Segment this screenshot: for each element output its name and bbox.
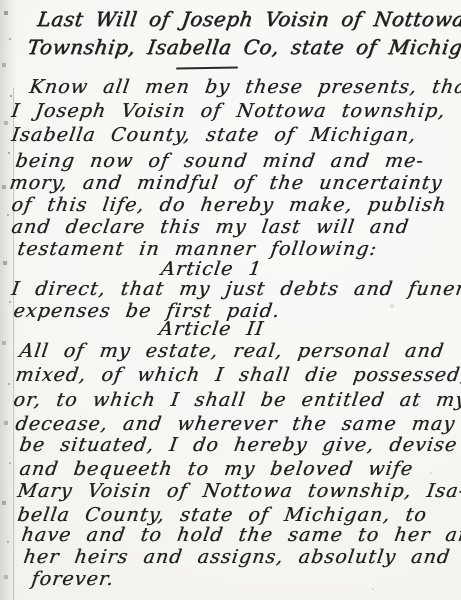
- document-title-line-1: Last Will of Joseph Voisin of Nottowa: [36, 8, 461, 30]
- title-divider-rule: [176, 66, 238, 69]
- document-title-line-2: Township, Isabella Co, state of Michigan…: [26, 36, 461, 58]
- article-2-line: her heirs and assigns, absolutly and: [22, 546, 452, 568]
- article-2-line: bella County, state of Michigan, to: [16, 504, 428, 526]
- scan-edge-line: [13, 88, 14, 600]
- article-2-line: forever.: [30, 568, 116, 590]
- scan-speckles: [0, 0, 2, 2]
- article-1-line: I direct, that my just debts and funeral: [10, 278, 461, 300]
- preamble-line: of this life, do hereby make, publish: [10, 194, 448, 216]
- article-2-heading: Article II: [0, 318, 423, 340]
- preamble-line: Know all men by these presents, that: [28, 76, 461, 98]
- article-2-line: All of my estate, real, personal and: [18, 340, 446, 362]
- will-document-page: Last Will of Joseph Voisin of Nottowa To…: [0, 0, 461, 600]
- article-2-line: Mary Voisin of Nottowa township, Isa-: [16, 480, 461, 502]
- preamble-line: Isabella County, state of Michigan,: [10, 124, 418, 146]
- preamble-line: being now of sound mind and me-: [14, 150, 425, 172]
- preamble-line: testament in manner following:: [16, 238, 379, 260]
- preamble-line: I Joseph Voisin of Nottowa township,: [10, 100, 447, 122]
- article-1-heading: Article 1: [0, 258, 423, 280]
- article-2-line: or, to which I shall be entitled at my: [12, 389, 461, 411]
- article-2-line: have and to hold the same to her and: [20, 524, 461, 546]
- preamble-line: and declare this my last will and: [10, 216, 411, 238]
- article-2-line: and bequeeth to my beloved wife: [18, 458, 415, 480]
- article-2-line: decease, and wherever the same may: [14, 413, 457, 435]
- preamble-line: mory, and mindful of the uncertainty: [8, 172, 444, 194]
- article-2-line: be situated, I do hereby give, devise: [18, 434, 459, 456]
- article-2-line: mixed, of which I shall die possessed,: [14, 364, 461, 386]
